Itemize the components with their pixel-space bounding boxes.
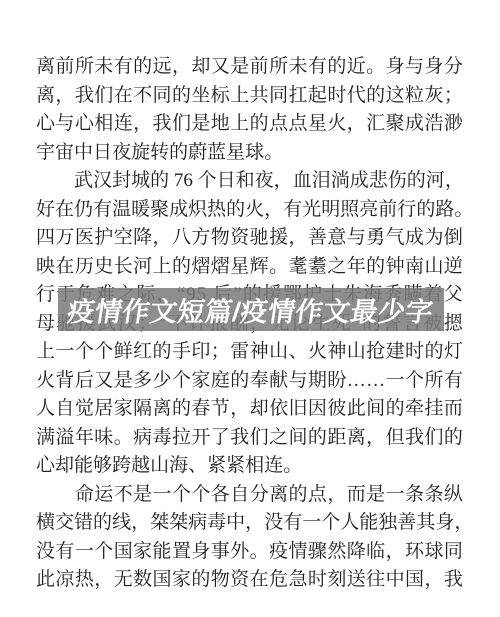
text-line: 没有一个国家能置身事外。疫情骤然降临，环球同	[36, 538, 463, 567]
document-page: 离前所未有的远，却又是前所未有的近。身与身分离，我们在不同的坐标上共同扛起时代的…	[0, 0, 500, 617]
text-line: 满溢年味。病毒拉开了我们之间的距离，但我们的	[36, 424, 463, 453]
video-caption-overlay: 疫情作文短篇/疫情作文最少字	[58, 288, 444, 331]
text-line: 此凉热，无数国家的物资在危急时刻送往中国，我	[36, 566, 463, 595]
text-line: 离，我们在不同的坐标上共同扛起时代的这粒灰；	[36, 82, 463, 111]
text-line: 横交错的线，桀桀病毒中，没有一个人能独善其身，	[36, 509, 463, 538]
text-line: 火背后又是多少个家庭的奉献与期盼……一个所有	[36, 367, 463, 396]
caption-title: 疫情作文短篇/疫情作文最少字	[65, 290, 436, 329]
text-line: 宇宙中日夜旋转的蔚蓝星球。	[36, 139, 463, 168]
text-line: 四万医护空降，八方物资驰援，善意与勇气成为倒	[36, 224, 463, 253]
text-line: 武汉封城的 76 个日和夜，血泪淌成悲伤的河，	[36, 167, 463, 196]
text-line: 命运不是一个个各自分离的点，而是一条条纵	[36, 481, 463, 510]
text-line: 映在历史长河上的熠熠星辉。耄耋之年的钟南山逆	[36, 253, 463, 282]
text-line: 离前所未有的远，却又是前所未有的近。身与身分	[36, 53, 463, 82]
text-line: 上一个个鲜红的手印；雷神山、火神山抢建时的灯	[36, 338, 463, 367]
text-line: 好在仍有温暖聚成炽热的火，有光明照亮前行的路。	[36, 196, 463, 225]
text-line: 心与心相连，我们是地上的点点星火，汇聚成浩渺	[36, 110, 463, 139]
text-line: 心却能够跨越山海、紧紧相连。	[36, 452, 463, 481]
text-line: 人自觉居家隔离的春节，却依旧因彼此间的牵挂而	[36, 395, 463, 424]
